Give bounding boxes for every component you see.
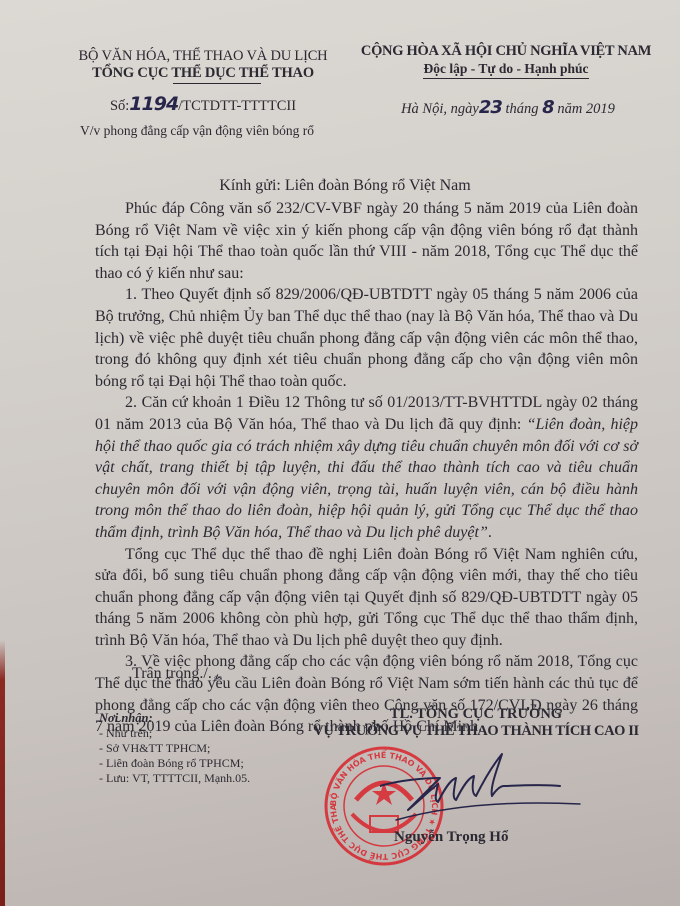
national-motto: Độc lập - Tự do - Hạnh phúc xyxy=(423,61,588,79)
nation-title: CỘNG HÒA XÃ HỘI CHỦ NGHĨA VIỆT NAM xyxy=(356,42,656,60)
date-prefix: Hà Nội, ngày xyxy=(401,101,479,117)
handwritten-signature-icon xyxy=(380,750,590,830)
closing-text: Trân trọng./. xyxy=(132,665,212,682)
regulation-quote: “Liên đoàn, hiệp hội thể thao quốc gia c… xyxy=(95,416,638,541)
doc-number-suffix: /TCTDTT-TTTTCII xyxy=(178,98,296,114)
document-date: Hà Nội, ngày23 tháng 8 năm 2019 xyxy=(358,98,658,119)
recipients-list: Nơi nhận: - Như trên; - Sở VH&TT TPHCM; … xyxy=(99,711,250,786)
body-paragraph: 1. Theo Quyết định số 829/2006/QĐ-UBTDTT… xyxy=(95,284,638,392)
department-underline xyxy=(173,83,261,84)
document-number: Số:1194/TCTDTT-TTTTCII xyxy=(78,94,328,116)
doc-number-prefix: Số: xyxy=(110,98,129,114)
document-subject: V/v phong đẳng cấp vận động viên bóng rổ xyxy=(72,122,322,140)
body-paragraph-quote: 2. Căn cứ khoản 1 Điều 12 Thông tư số 01… xyxy=(95,392,638,543)
department-name: TỔNG CỤC THỂ DỤC THỂ THAO xyxy=(78,65,328,82)
issuer-header: BỘ VĂN HÓA, THỂ THAO VÀ DU LỊCH TỔNG CỤC… xyxy=(78,47,328,140)
recipient-item: - Sở VH&TT TPHCM; xyxy=(99,741,250,756)
recipient-item: - Lưu: VT, TTTTCII, Mạnh.05. xyxy=(99,771,250,786)
addressee: Kính gửi: Liên đoàn Bóng rổ Việt Nam xyxy=(0,176,680,196)
on-behalf-title: TL. TỔNG CỤC TRƯỞNG xyxy=(286,706,666,723)
recipient-item: - Liên đoàn Bóng rổ TPHCM; xyxy=(99,756,250,771)
national-header: CỘNG HÒA XÃ HỘI CHỦ NGHĨA VIỆT NAM Độc l… xyxy=(356,42,656,119)
signer-name: Nguyễn Trọng Hổ xyxy=(394,828,508,846)
signer-position: VỤ TRƯỞNG VỤ THỂ THAO THÀNH TÍCH CAO II xyxy=(286,723,666,740)
body-paragraph: Phúc đáp Công văn số 232/CV-VBF ngày 20 … xyxy=(95,198,638,284)
ministry-name: BỘ VĂN HÓA, THỂ THAO VÀ DU LỊCH xyxy=(78,47,328,65)
doc-number-handwritten: 1194 xyxy=(129,93,178,115)
body-paragraph: Tổng cục Thể dục thể thao đề nghị Liên đ… xyxy=(95,544,638,652)
letter-body: Phúc đáp Công văn số 232/CV-VBF ngày 20 … xyxy=(95,198,638,738)
official-letter: BỘ VĂN HÓA, THỂ THAO VÀ DU LỊCH TỔNG CỤC… xyxy=(0,0,680,906)
recipients-label: Nơi nhận: xyxy=(99,711,250,726)
closing-line: Trân trọng./.✍ xyxy=(132,664,221,685)
signature-block: TL. TỔNG CỤC TRƯỞNG VỤ TRƯỞNG VỤ THỂ THA… xyxy=(286,706,666,740)
date-day-handwritten: 23 xyxy=(479,97,502,118)
quote-end: . xyxy=(488,524,492,541)
date-month-label: tháng xyxy=(502,101,542,117)
recipient-item: - Như trên; xyxy=(99,726,250,741)
date-month-handwritten: 8 xyxy=(542,97,554,118)
date-year: năm 2019 xyxy=(554,101,615,117)
